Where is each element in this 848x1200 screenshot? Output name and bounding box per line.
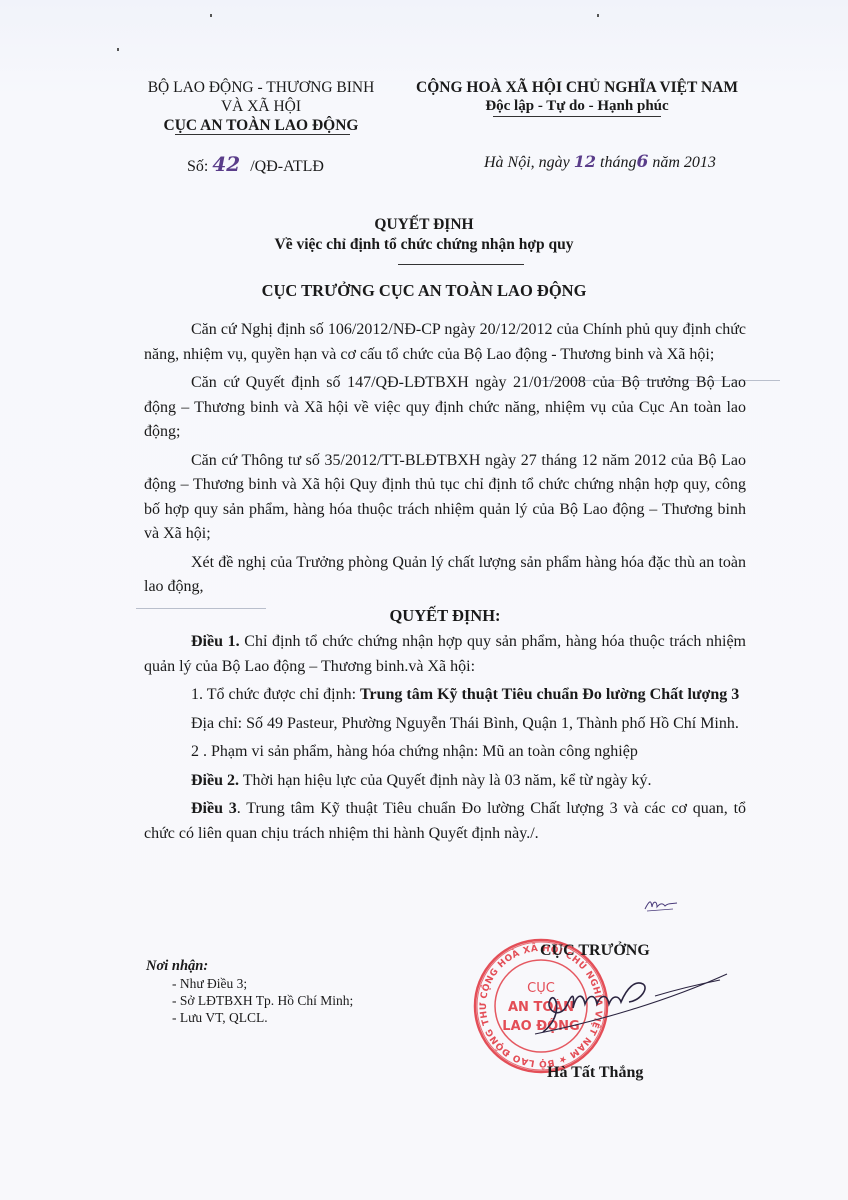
department-underline [175, 134, 350, 135]
article-2-text: Thời hạn hiệu lực của Quyết định này là … [239, 772, 652, 789]
designated-org-label: 1. Tổ chức được chỉ định: [191, 686, 360, 703]
recipient-item: - Lưu VT, QLCL. [146, 1009, 353, 1026]
scan-speck [597, 14, 599, 17]
preamble-paragraph: Căn cứ Quyết định số 147/QĐ-LĐTBXH ngày … [144, 371, 746, 445]
preamble-paragraph: Căn cứ Nghị định số 106/2012/NĐ-CP ngày … [144, 318, 746, 367]
month-label: tháng [600, 154, 636, 171]
date-prefix: Hà Nội, ngày [484, 154, 570, 171]
issuing-authority: CỤC TRƯỞNG CỤC AN TOÀN LAO ĐỘNG [0, 281, 848, 301]
country-name: CỘNG HOÀ XÃ HỘI CHỦ NGHĨA VIỆT NAM [398, 78, 756, 97]
date-year: năm 2013 [652, 154, 716, 171]
scan-speck [210, 14, 212, 17]
title-rule [398, 264, 524, 265]
number-suffix: /QĐ-ATLĐ [250, 158, 324, 175]
recipient-item: - Sở LĐTBXH Tp. Hồ Chí Minh; [146, 992, 353, 1009]
preamble-paragraph: Xét đề nghị của Trưởng phòng Quản lý chấ… [144, 551, 746, 600]
preamble-paragraph: Căn cứ Thông tư số 35/2012/TT-BLĐTBXH ng… [144, 449, 746, 547]
scanned-document-page: BỘ LAO ĐỘNG - THƯƠNG BINH VÀ XÃ HỘI CỤC … [0, 0, 848, 1200]
number-prefix: Số: [187, 158, 208, 175]
handwritten-day: 12 [574, 152, 596, 171]
scan-speck [117, 48, 119, 51]
document-body: Căn cứ Nghị định số 106/2012/NĐ-CP ngày … [144, 318, 746, 850]
national-motto: Độc lập - Tự do - Hạnh phúc [398, 97, 756, 116]
handwritten-signature-icon [505, 960, 735, 1040]
signatory-title: CỤC TRƯỞNG [540, 942, 650, 960]
article-1-item-2: 2 . Phạm vi sản phẩm, hàng hóa chứng nhậ… [144, 740, 746, 765]
article-2: Điều 2. Thời hạn hiệu lực của Quyết định… [144, 769, 746, 794]
recipients-label: Nơi nhận: [146, 958, 353, 975]
recipients-block: Nơi nhận: - Như Điều 3; - Sở LĐTBXH Tp. … [146, 958, 353, 1026]
article-1-address: Địa chỉ: Số 49 Pasteur, Phường Nguyễn Th… [144, 712, 746, 737]
signatory-name: Hà Tất Thắng [547, 1064, 643, 1082]
ministry-name-line2: VÀ XÃ HỘI [130, 97, 392, 116]
recipient-item: - Như Điều 3; [146, 975, 353, 992]
initials-mark-icon [643, 897, 679, 913]
motto-underline [493, 116, 661, 117]
designated-org-name: Trung tâm Kỹ thuật Tiêu chuẩn Đo lường C… [360, 686, 739, 703]
article-3: Điều 3. Trung tâm Kỹ thuật Tiêu chuẩn Đo… [144, 797, 746, 846]
article-3-label: Điều 3 [191, 800, 237, 817]
national-title-block: CỘNG HOÀ XÃ HỘI CHỦ NGHĨA VIỆT NAM Độc l… [398, 78, 756, 116]
ministry-name-line1: BỘ LAO ĐỘNG - THƯƠNG BINH [130, 78, 392, 97]
article-1-label: Điều 1. [191, 633, 240, 650]
article-1: Điều 1. Chỉ định tổ chức chứng nhận hợp … [144, 630, 746, 679]
department-name: CỤC AN TOÀN LAO ĐỘNG [130, 116, 392, 135]
handwritten-number: 42 [212, 152, 240, 176]
decision-heading: QUYẾT ĐỊNH: [144, 604, 746, 629]
handwritten-month: 6 [637, 152, 649, 172]
document-subject: Về việc chỉ định tổ chức chứng nhận hợp … [0, 236, 848, 254]
document-type-title: QUYẾT ĐỊNH [0, 216, 848, 234]
article-1-item-1: 1. Tổ chức được chỉ định: Trung tâm Kỹ t… [144, 683, 746, 708]
document-date: Hà Nội, ngày 12 tháng6 năm 2013 [484, 152, 716, 172]
issuing-agency-block: BỘ LAO ĐỘNG - THƯƠNG BINH VÀ XÃ HỘI CỤC … [130, 78, 392, 135]
article-2-label: Điều 2. [191, 772, 239, 789]
document-number: Số: 42 /QĐ-ATLĐ [187, 152, 324, 176]
